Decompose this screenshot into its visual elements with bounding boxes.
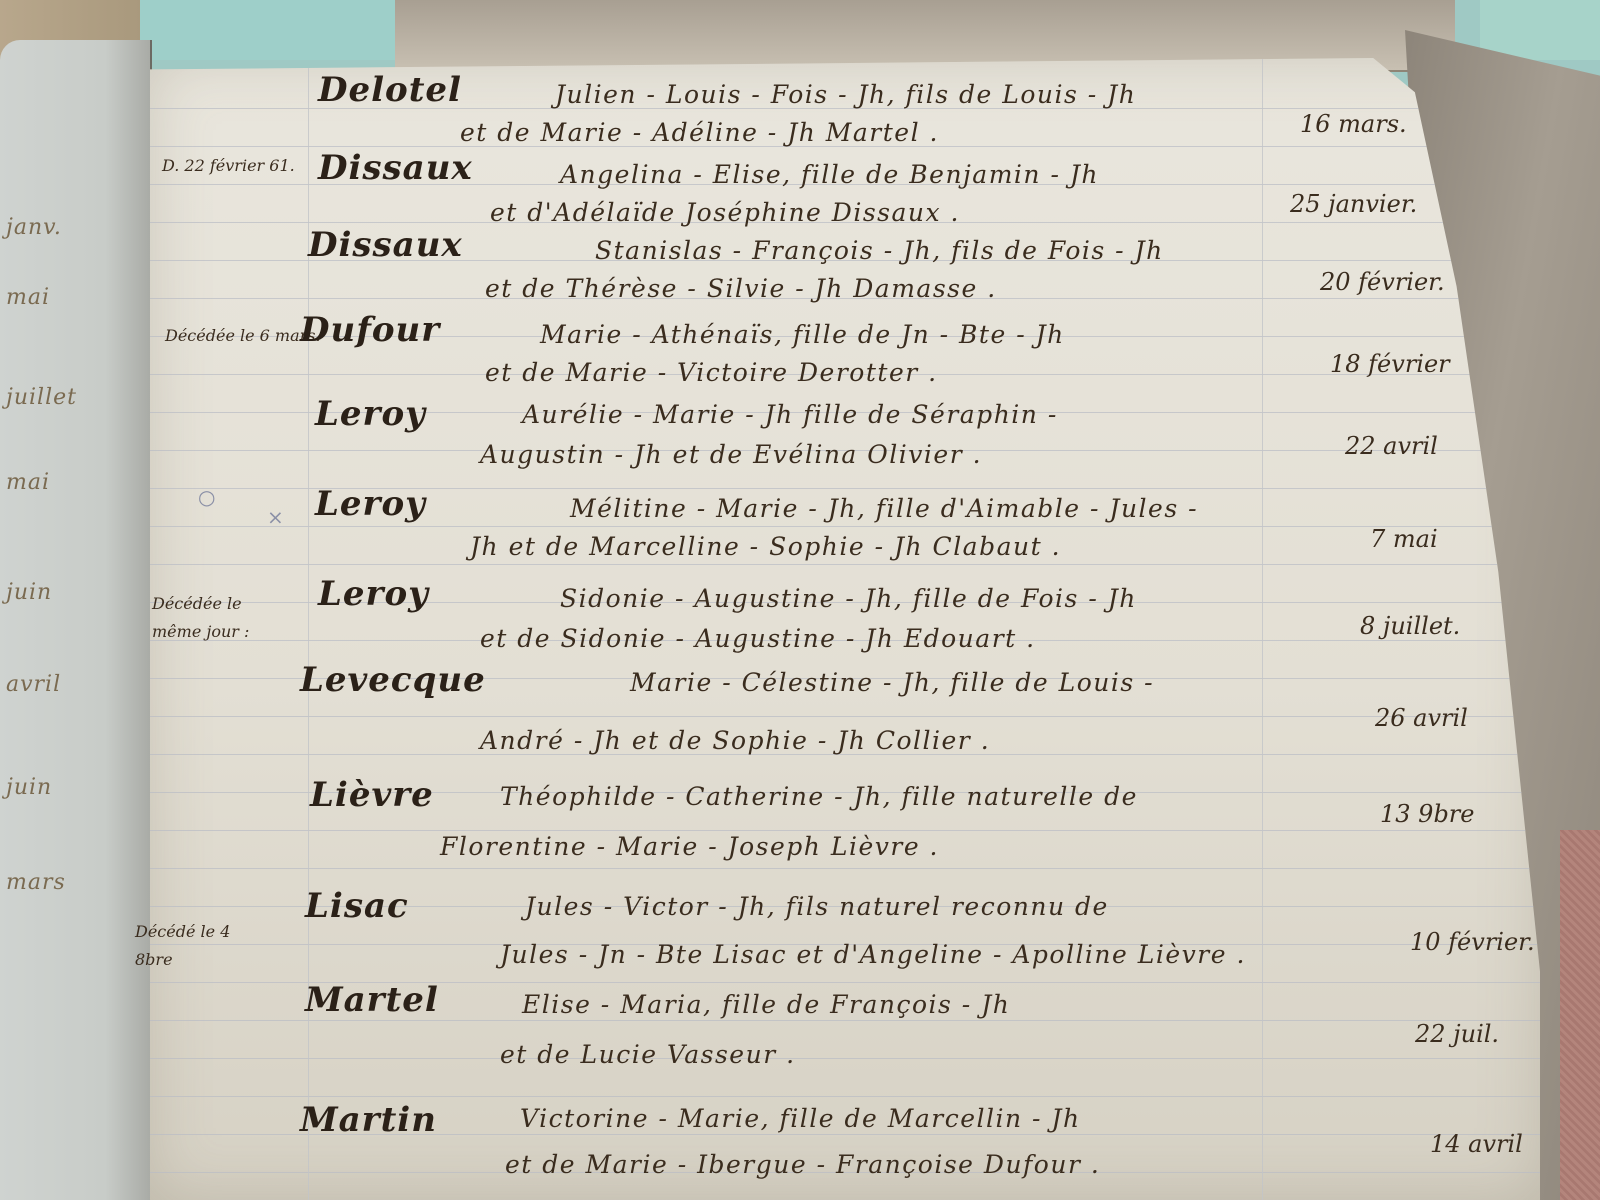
entry-given-names: Théophilde - Catherine - Jh, fille natur…	[500, 782, 1138, 811]
entry-surname: Leroy	[315, 394, 426, 434]
entry-given-names: Jules - Victor - Jh, fils naturel reconn…	[525, 892, 1109, 921]
entry-date: 26 avril	[1375, 704, 1468, 732]
entry-date: 8 juillet.	[1360, 612, 1460, 640]
entry-parents: Jh et de Marcelline - Sophie - Jh Clabau…	[470, 532, 1061, 561]
entry-surname: Dissaux	[318, 148, 473, 188]
background-surface	[140, 0, 420, 60]
entry-surname: Dissaux	[308, 225, 463, 265]
entry-parents: et de Thérèse - Silvie - Jh Damasse .	[485, 274, 997, 303]
entry-parents: et de Marie - Victoire Derotter .	[485, 358, 938, 387]
entry-margin-note: Décédé le 4 8bre	[135, 918, 255, 974]
entry-parents: André - Jh et de Sophie - Jh Collier .	[480, 726, 990, 755]
entry-surname: Martin	[300, 1100, 437, 1140]
left-page-fragment: janv.	[6, 215, 62, 240]
entry-surname: Leroy	[315, 484, 426, 524]
left-page-fragment: juin	[6, 775, 52, 800]
entry-given-names: Stanislas - François - Jh, fils de Fois …	[595, 236, 1164, 265]
entry-given-names: Marie - Célestine - Jh, fille de Louis -	[630, 668, 1154, 697]
pencil-mark: ○	[198, 485, 215, 509]
entry-parents: et de Marie - Adéline - Jh Martel .	[460, 118, 939, 147]
pencil-cross-mark: ×	[267, 505, 284, 529]
entry-date: 18 février	[1330, 350, 1450, 378]
entry-given-names: Elise - Maria, fille de François - Jh	[522, 990, 1010, 1019]
entry-date: 20 février.	[1320, 268, 1445, 296]
entry-surname: Lisac	[305, 886, 409, 926]
entry-given-names: Angelina - Elise, fille de Benjamin - Jh	[560, 160, 1099, 189]
entry-date: 13 9bre	[1380, 800, 1474, 828]
left-page-fragment: juin	[6, 580, 52, 605]
entry-given-names: Sidonie - Augustine - Jh, fille de Fois …	[560, 584, 1137, 613]
entry-parents: Florentine - Marie - Joseph Lièvre .	[440, 832, 939, 861]
entry-date: 10 février.	[1410, 928, 1535, 956]
entry-surname: Martel	[305, 980, 439, 1020]
entry-given-names: Marie - Athénaïs, fille de Jn - Bte - Jh	[540, 320, 1065, 349]
left-facing-page: janv. mai juillet mai juin avril juin ma…	[0, 40, 152, 1200]
left-page-fragment: mai	[6, 470, 50, 495]
entry-parents: Augustin - Jh et de Evélina Olivier .	[480, 440, 982, 469]
background-cloth	[1560, 830, 1600, 1200]
entry-date: 7 mai	[1370, 525, 1438, 553]
entry-margin-note: Décédée le même jour :	[152, 590, 292, 646]
left-page-fragment: mars	[6, 870, 66, 895]
entry-parents: et de Lucie Vasseur .	[500, 1040, 796, 1069]
entry-given-names: Victorine - Marie, fille de Marcellin - …	[520, 1104, 1081, 1133]
entry-surname: Levecque	[300, 660, 486, 700]
entry-date: 22 avril	[1345, 432, 1438, 460]
entry-surname: Lièvre	[310, 775, 434, 815]
left-page-fragment: mai	[6, 285, 50, 310]
entry-date: 25 janvier.	[1290, 190, 1417, 218]
entry-margin-note: Décédée le 6 mars.	[165, 322, 321, 350]
entry-date: 22 juil.	[1415, 1020, 1499, 1048]
entry-given-names: Aurélie - Marie - Jh fille de Séraphin -	[522, 400, 1058, 429]
entry-parents: Jules - Jn - Bte Lisac et d'Angeline - A…	[500, 940, 1246, 969]
entry-surname: Delotel	[318, 70, 462, 110]
left-page-fragment: juillet	[6, 385, 77, 410]
left-page-fragment: avril	[6, 672, 61, 697]
background-surface-right	[1480, 0, 1600, 60]
entry-date: 16 mars.	[1300, 110, 1407, 138]
entry-given-names: Julien - Louis - Fois - Jh, fils de Loui…	[555, 80, 1136, 109]
entry-surname: Dufour	[300, 310, 440, 350]
entry-surname: Leroy	[318, 574, 429, 614]
entry-date: 14 avril	[1430, 1130, 1523, 1158]
entry-parents: et de Marie - Ibergue - Françoise Dufour…	[505, 1150, 1100, 1179]
entry-margin-note: D. 22 février 61.	[162, 152, 295, 180]
entry-given-names: Mélitine - Marie - Jh, fille d'Aimable -…	[570, 494, 1198, 523]
entry-parents: et d'Adélaïde Joséphine Dissaux .	[490, 198, 960, 227]
entry-parents: et de Sidonie - Augustine - Jh Edouart .	[480, 624, 1036, 653]
